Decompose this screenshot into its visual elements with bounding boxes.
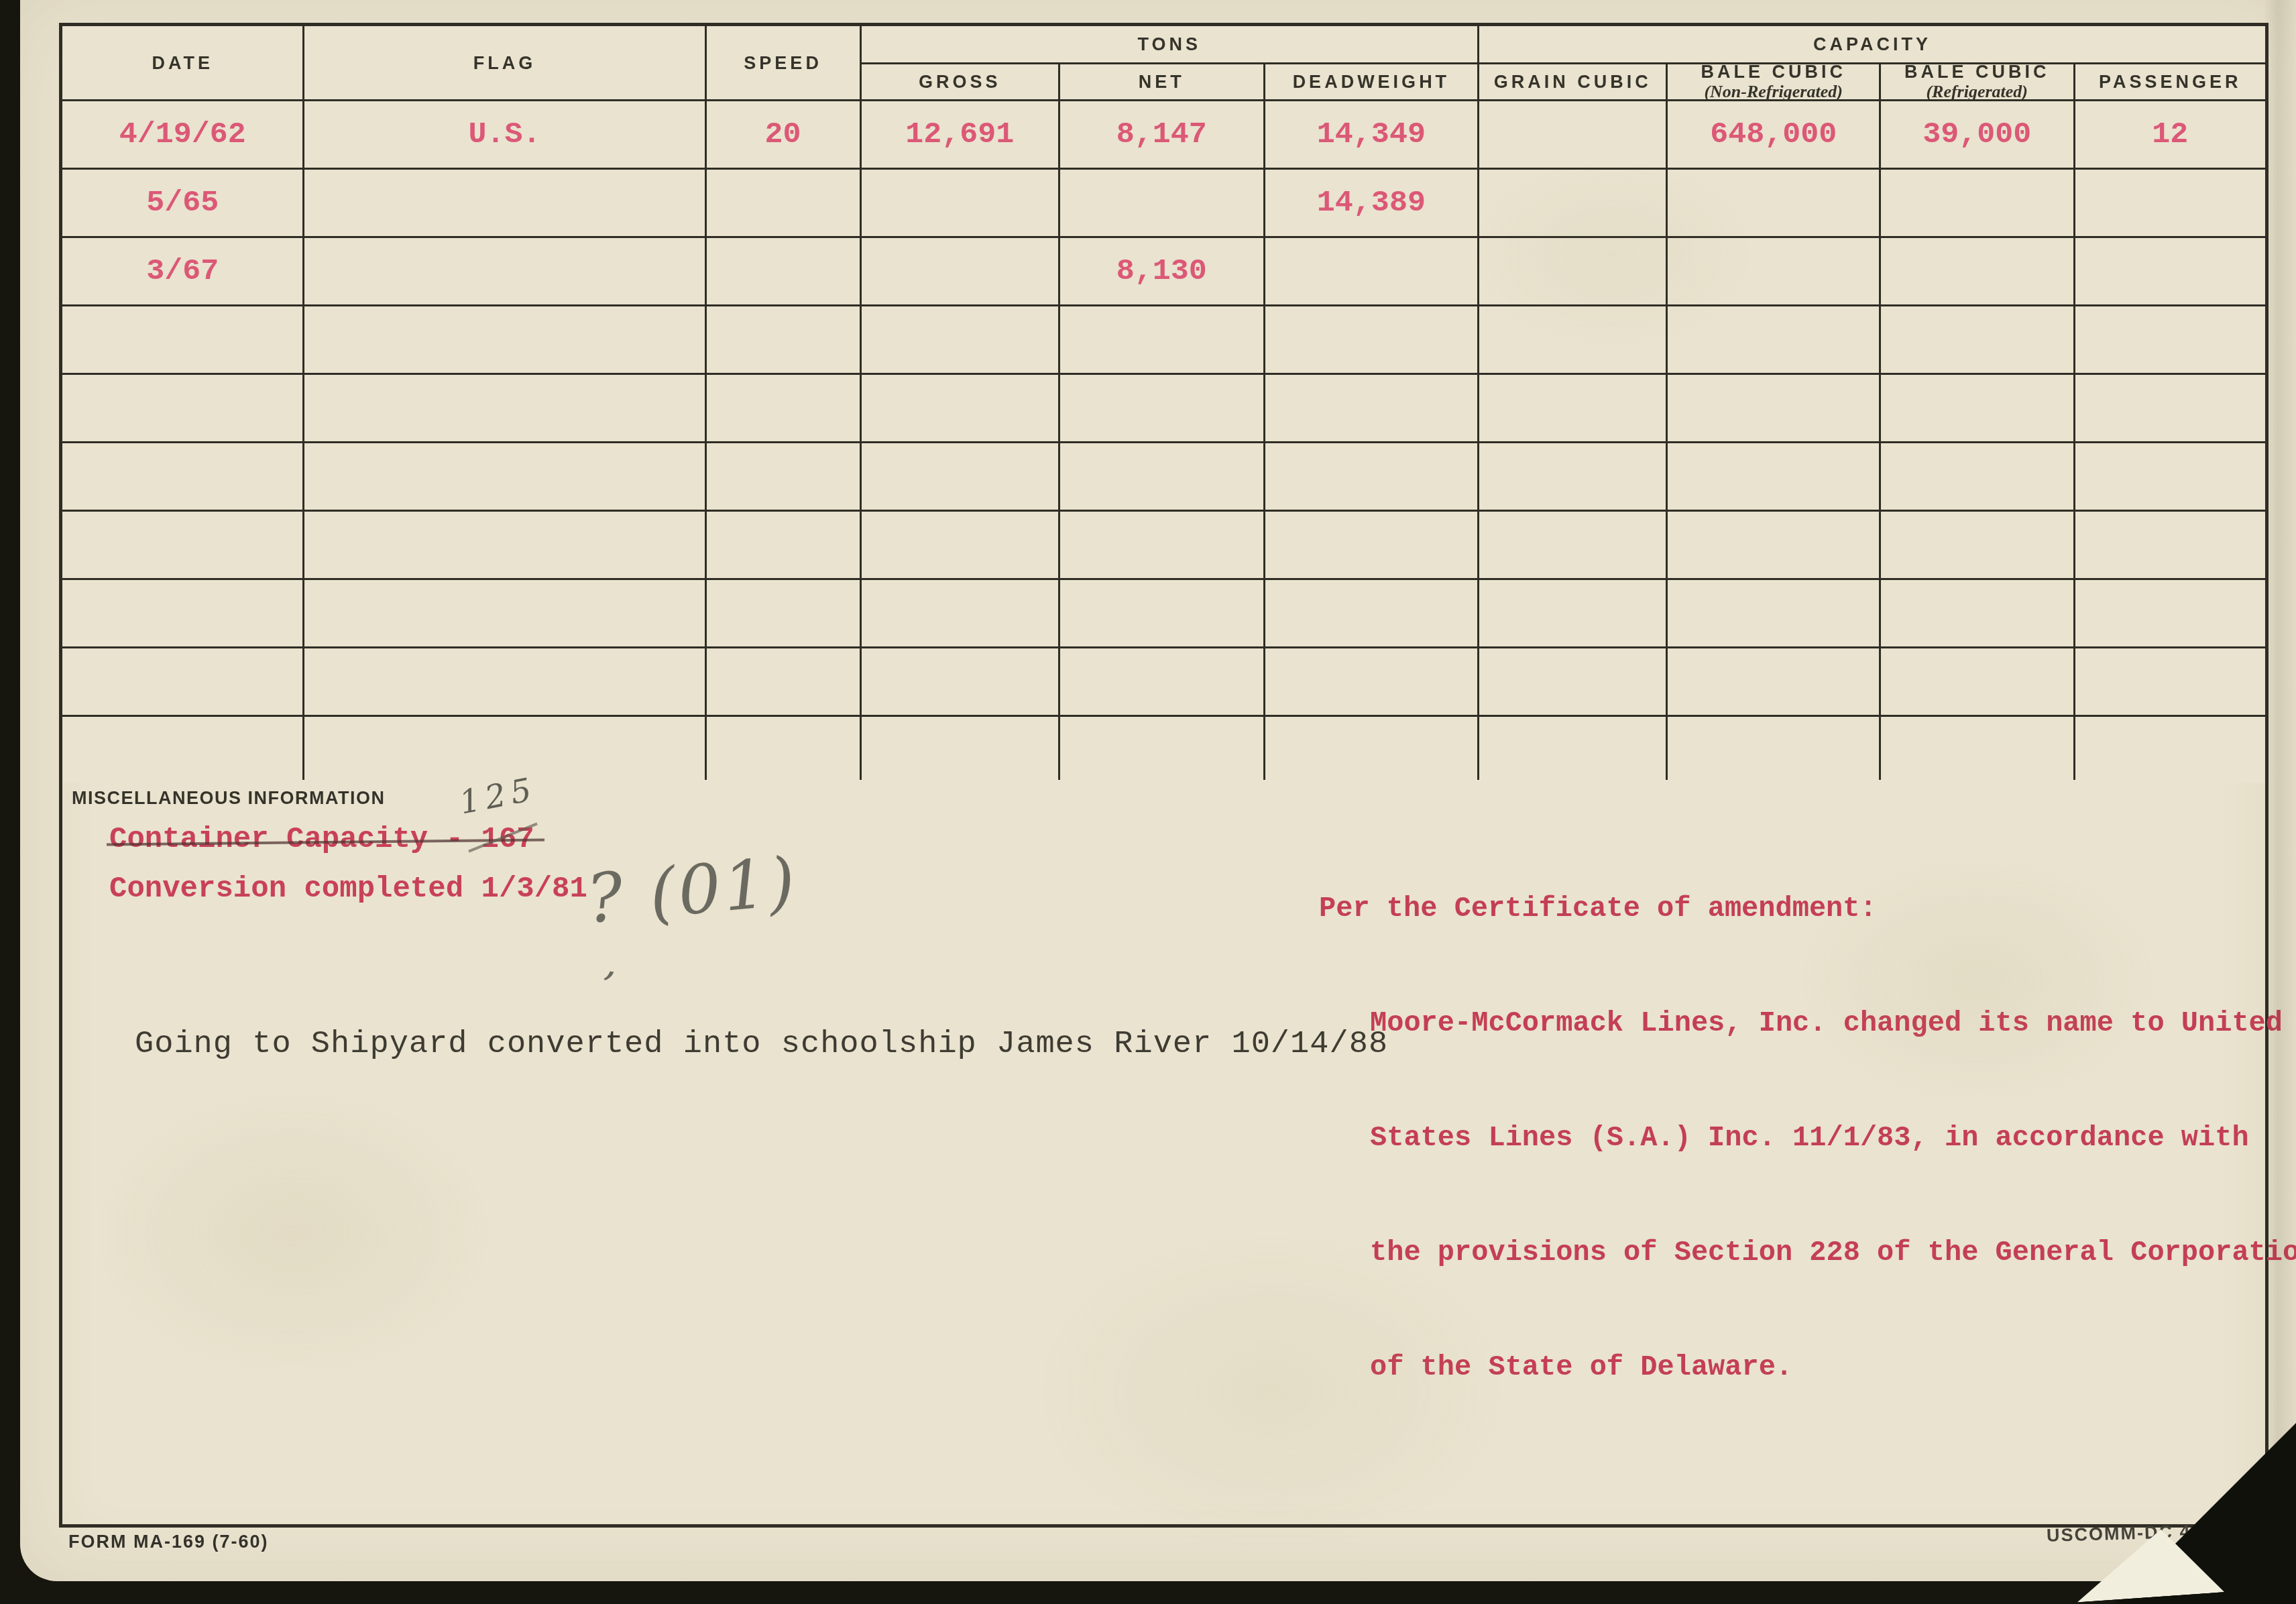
table-cell-r6-c1 xyxy=(304,512,704,578)
column-header-label: SPEED xyxy=(744,53,822,73)
table-cell-r4-c2 xyxy=(707,375,860,441)
column-header-grain-cubic: GRAIN CUBIC xyxy=(1479,64,1666,99)
column-header-sublabel: (Non-Refrigerated) xyxy=(1704,82,1843,102)
table-cell-r3-c1 xyxy=(304,306,704,373)
conversion-completed-line: Conversion completed 1/3/81 xyxy=(109,872,587,906)
table-cell-r7-c3 xyxy=(862,580,1058,646)
table-cell-r9-c2 xyxy=(707,717,860,783)
table-cell-r8-c2 xyxy=(707,648,860,715)
table-cell-r1-c5: 14,389 xyxy=(1265,170,1477,236)
table-cell-r9-c6 xyxy=(1479,717,1666,783)
amendment-line: States Lines (S.A.) Inc. 11/1/83, in acc… xyxy=(1319,1119,2296,1157)
table-cell-r3-c7 xyxy=(1668,306,1878,373)
table-cell-r8-c7 xyxy=(1668,648,1878,715)
table-cell-r3-c6 xyxy=(1479,306,1666,373)
table-cell-r8-c5 xyxy=(1265,648,1477,715)
table-cell-r0-c6 xyxy=(1479,101,1666,168)
table-cell-r2-c3 xyxy=(862,238,1058,304)
table-cell-r4-c5 xyxy=(1265,375,1477,441)
table-cell-r5-c2 xyxy=(707,443,860,510)
table-cell-r7-c6 xyxy=(1479,580,1666,646)
table-cell-r8-c1 xyxy=(304,648,704,715)
table-cell-r1-c1 xyxy=(304,170,704,236)
column-header-bale-cubic-nonref: BALE CUBIC (Non-Refrigerated) xyxy=(1668,64,1878,99)
shipyard-note: Going to Shipyard converted into schools… xyxy=(135,1027,1388,1062)
table-cell-r1-c0: 5/65 xyxy=(62,170,302,236)
table-cell-r5-c9 xyxy=(2075,443,2265,510)
table-cell-r3-c8 xyxy=(1881,306,2073,373)
column-header-bale-cubic-ref: BALE CUBIC (Refrigerated) xyxy=(1881,64,2073,99)
table-cell-r0-c1: U.S. xyxy=(304,101,704,168)
table-cell-r3-c0 xyxy=(62,306,302,373)
table-cell-r0-c0: 4/19/62 xyxy=(62,101,302,168)
table-cell-r5-c4 xyxy=(1060,443,1263,510)
table-cell-r6-c7 xyxy=(1668,512,1878,578)
table-cell-r2-c0: 3/67 xyxy=(62,238,302,304)
table-cell-r9-c9 xyxy=(2075,717,2265,783)
table-cell-r0-c5: 14,349 xyxy=(1265,101,1477,168)
table-cell-r2-c9 xyxy=(2075,238,2265,304)
column-header-gross: GROSS xyxy=(862,64,1058,99)
table-cell-r7-c0 xyxy=(62,580,302,646)
table-cell-r5-c1 xyxy=(304,443,704,510)
table-cell-r4-c7 xyxy=(1668,375,1878,441)
scanned-form-page: DATE FLAG SPEED TONS CAPACITY GROSS NET … xyxy=(20,0,2296,1581)
table-cell-r8-c0 xyxy=(62,648,302,715)
table-cell-r0-c9: 12 xyxy=(2075,101,2265,168)
table-cell-r5-c7 xyxy=(1668,443,1878,510)
container-capacity-line: Container Capacity - 167 xyxy=(109,823,534,856)
table-cell-r6-c3 xyxy=(862,512,1058,578)
table-cell-r9-c4 xyxy=(1060,717,1263,783)
table-cell-r8-c6 xyxy=(1479,648,1666,715)
table-cell-r8-c9 xyxy=(2075,648,2265,715)
table-cell-r0-c4: 8,147 xyxy=(1060,101,1263,168)
table-cell-r3-c4 xyxy=(1060,306,1263,373)
form-number-label: FORM MA-169 (7-60) xyxy=(68,1532,269,1552)
table-cell-r0-c8: 39,000 xyxy=(1881,101,2073,168)
table-cell-r9-c7 xyxy=(1668,717,1878,783)
table-cell-r0-c2: 20 xyxy=(707,101,860,168)
table-cell-r7-c2 xyxy=(707,580,860,646)
group-header-tons: TONS xyxy=(862,26,1477,62)
column-header-label: DATE xyxy=(152,53,213,73)
column-header-flag: FLAG xyxy=(304,26,704,99)
table-cell-r2-c8 xyxy=(1881,238,2073,304)
table-cell-r9-c3 xyxy=(862,717,1058,783)
table-cell-r1-c4 xyxy=(1060,170,1263,236)
table-cell-r2-c1 xyxy=(304,238,704,304)
group-header-capacity: CAPACITY xyxy=(1479,26,2265,62)
amendment-line: Per the Certificate of amendment: xyxy=(1319,890,2296,928)
column-header-sublabel: (Refrigerated) xyxy=(1926,82,2028,102)
table-cell-r2-c7 xyxy=(1668,238,1878,304)
column-header-label: GRAIN CUBIC xyxy=(1494,72,1652,92)
table-cell-r5-c6 xyxy=(1479,443,1666,510)
table-cell-r6-c0 xyxy=(62,512,302,578)
table-cell-r5-c5 xyxy=(1265,443,1477,510)
table-cell-r6-c4 xyxy=(1060,512,1263,578)
column-header-label: BALE CUBIC xyxy=(1701,62,1846,82)
column-header-date: DATE xyxy=(62,26,302,99)
column-header-net: NET xyxy=(1060,64,1263,99)
column-header-deadweight: DEADWEIGHT xyxy=(1265,64,1477,99)
table-cell-r6-c8 xyxy=(1881,512,2073,578)
table-cell-r2-c5 xyxy=(1265,238,1477,304)
column-header-label: BALE CUBIC xyxy=(1904,62,2050,82)
table-cell-r8-c8 xyxy=(1881,648,2073,715)
column-header-label: FLAG xyxy=(473,53,536,73)
table-cell-r1-c8 xyxy=(1881,170,2073,236)
table-cell-r6-c5 xyxy=(1265,512,1477,578)
group-header-label: CAPACITY xyxy=(1813,34,1931,54)
amendment-line: the provisions of Section 228 of the Gen… xyxy=(1319,1234,2296,1272)
table-cell-r1-c7 xyxy=(1668,170,1878,236)
table-cell-r8-c3 xyxy=(862,648,1058,715)
table-cell-r4-c9 xyxy=(2075,375,2265,441)
miscellaneous-information-label: MISCELLANEOUS INFORMATION xyxy=(72,788,385,809)
record-table: DATE FLAG SPEED TONS CAPACITY GROSS NET … xyxy=(62,26,2265,780)
table-cell-r3-c2 xyxy=(707,306,860,373)
table-cell-r0-c3: 12,691 xyxy=(862,101,1058,168)
table-cell-r3-c5 xyxy=(1265,306,1477,373)
column-header-passenger: PASSENGER xyxy=(2075,64,2265,99)
table-cell-r4-c1 xyxy=(304,375,704,441)
table-cell-r9-c0 xyxy=(62,717,302,783)
table-cell-r7-c7 xyxy=(1668,580,1878,646)
table-cell-r3-c9 xyxy=(2075,306,2265,373)
table-cell-r4-c8 xyxy=(1881,375,2073,441)
form-border-box: DATE FLAG SPEED TONS CAPACITY GROSS NET … xyxy=(59,23,2269,1528)
table-cell-r4-c6 xyxy=(1479,375,1666,441)
table-cell-r1-c2 xyxy=(707,170,860,236)
table-cell-r0-c7: 648,000 xyxy=(1668,101,1878,168)
handwritten-tick-mark: ʼ xyxy=(594,963,616,1011)
table-cell-r3-c3 xyxy=(862,306,1058,373)
table-cell-r5-c3 xyxy=(862,443,1058,510)
table-cell-r7-c4 xyxy=(1060,580,1263,646)
table-cell-r2-c2 xyxy=(707,238,860,304)
table-cell-r7-c5 xyxy=(1265,580,1477,646)
table-cell-r7-c9 xyxy=(2075,580,2265,646)
column-header-speed: SPEED xyxy=(707,26,860,99)
handwritten-annotation: ? (01) xyxy=(584,842,801,939)
column-header-label: NET xyxy=(1139,72,1185,92)
table-cell-r4-c4 xyxy=(1060,375,1263,441)
table-cell-r1-c6 xyxy=(1479,170,1666,236)
column-header-label: PASSENGER xyxy=(2099,72,2242,92)
table-cell-r7-c1 xyxy=(304,580,704,646)
table-cell-r7-c8 xyxy=(1881,580,2073,646)
column-header-label: DEADWEIGHT xyxy=(1293,72,1450,92)
table-cell-r9-c5 xyxy=(1265,717,1477,783)
table-cell-r9-c1 xyxy=(304,717,704,783)
table-cell-r6-c9 xyxy=(2075,512,2265,578)
table-cell-r6-c2 xyxy=(707,512,860,578)
table-cell-r4-c3 xyxy=(862,375,1058,441)
table-cell-r9-c8 xyxy=(1881,717,2073,783)
table-cell-r1-c3 xyxy=(862,170,1058,236)
amendment-line: Moore-McCormack Lines, Inc. changed its … xyxy=(1319,1005,2296,1043)
table-cell-r4-c0 xyxy=(62,375,302,441)
table-cell-r6-c6 xyxy=(1479,512,1666,578)
amendment-note: Per the Certificate of amendment: Moore-… xyxy=(1319,813,2296,1463)
container-capacity-text: Container Capacity - 167 xyxy=(109,823,534,856)
table-cell-r5-c8 xyxy=(1881,443,2073,510)
group-header-label: TONS xyxy=(1138,34,1202,54)
table-cell-r8-c4 xyxy=(1060,648,1263,715)
table-cell-r2-c4: 8,130 xyxy=(1060,238,1263,304)
table-cell-r1-c9 xyxy=(2075,170,2265,236)
column-header-label: GROSS xyxy=(919,72,1001,92)
table-cell-r2-c6 xyxy=(1479,238,1666,304)
table-cell-r5-c0 xyxy=(62,443,302,510)
amendment-line: of the State of Delaware. xyxy=(1319,1349,2296,1387)
